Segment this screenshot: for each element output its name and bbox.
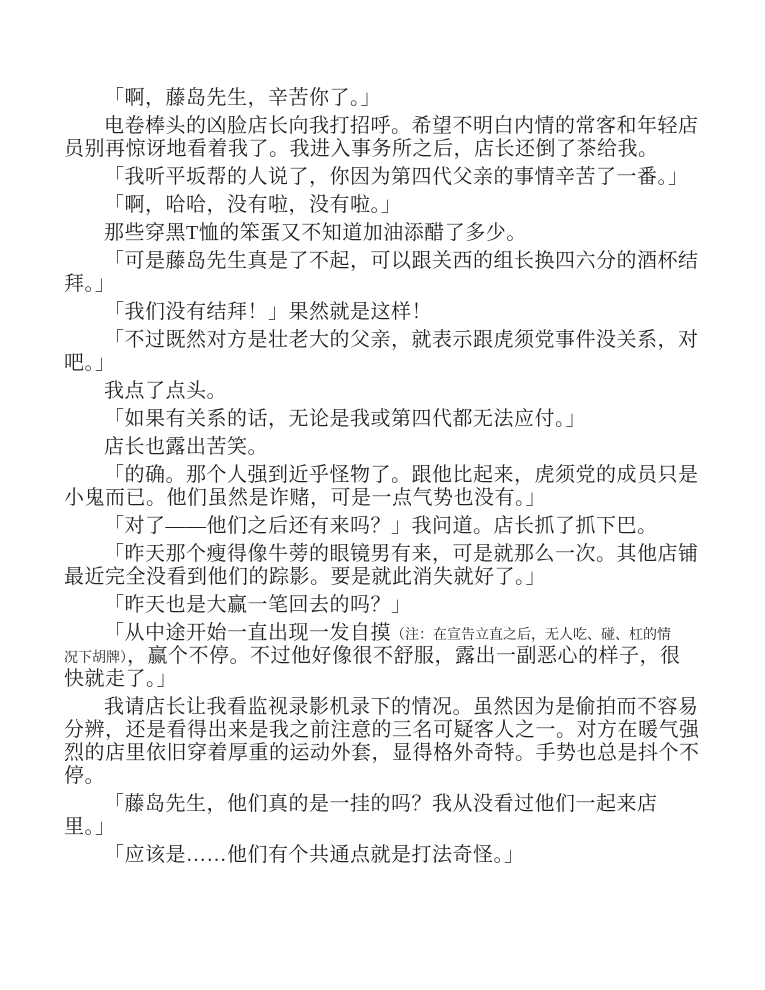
- text-line: 我请店长让我看监视录影机录下的情况。虽然因为是偷拍而不容易: [64, 696, 724, 719]
- text-segment: 电卷棒头的凶脸店长向我打招呼。希望不明白内情的常客和年轻店: [104, 115, 699, 137]
- paragraph: 「的确。那个人强到近乎怪物了。跟他比起来，虎须党的成员只是小鬼而已。他们虽然是诈…: [64, 464, 724, 510]
- text-segment: 快就走了。」: [64, 668, 177, 690]
- paragraph: 「从中途开始一直出现一发自摸（注：在宣告立直之后，无人吃、碰、杠的情况下胡牌），…: [64, 622, 724, 691]
- text-segment: 「昨天也是大赢一笔回去的吗？」: [104, 594, 412, 616]
- text-segment: 「不过既然对方是壮老大的父亲，就表示跟虎须党事件没关系，对: [104, 329, 699, 351]
- annotation-text: 况下胡牌）: [64, 651, 127, 666]
- text-line: 员别再惊讶地看着我了。我进入事务所之后，店长还倒了茶给我。: [64, 138, 724, 161]
- text-line: 「藤岛先生，他们真的是一挂的吗？我从没看过他们一起来店: [64, 793, 724, 816]
- paragraph: 「如果有关系的话，无论是我或第四代都无法应付。」: [64, 408, 724, 431]
- text-segment: 「可是藤岛先生真是了不起，可以跟关西的组长换四六分的酒杯结: [104, 250, 699, 272]
- text-segment: 我请店长让我看监视录影机录下的情况。虽然因为是偷拍而不容易: [104, 696, 699, 718]
- text-line: 停。: [64, 765, 724, 788]
- book-page: 「啊，藤岛先生，辛苦你了。」电卷棒头的凶脸店长向我打招呼。希望不明白内情的常客和…: [0, 0, 765, 990]
- text-line: 那些穿黑T恤的笨蛋又不知道加油添醋了多少。: [64, 222, 724, 245]
- text-line: 「对了——他们之后还有来吗？」我问道。店长抓了抓下巴。: [64, 515, 724, 538]
- text-segment: 那些穿黑T恤的笨蛋又不知道加油添醋了多少。: [104, 222, 527, 244]
- text-line: 「我们没有结拜！」果然就是这样！: [64, 301, 724, 324]
- text-line: 「啊，藤岛先生，辛苦你了。」: [64, 87, 724, 110]
- paragraph: 「啊，哈哈，没有啦，没有啦。」: [64, 194, 724, 217]
- annotation-text: （注：在宣告立直之后，无人吃、碰、杠的情: [391, 628, 671, 643]
- text-segment: 员别再惊讶地看着我了。我进入事务所之后，店长还倒了茶给我。: [64, 138, 659, 160]
- text-segment: 「从中途开始一直出现一发自摸: [104, 622, 391, 644]
- text-segment: 里。」: [64, 816, 116, 838]
- text-line: 店长也露出苦笑。: [64, 436, 724, 459]
- text-segment: 「昨天那个瘦得像牛蒡的眼镜男有来，可是就那么一次。其他店铺: [104, 543, 699, 565]
- text-segment: 我点了点头。: [104, 380, 227, 402]
- text-segment: 小鬼而已。他们虽然是诈赌，可是一点气势也没有。」: [64, 487, 546, 509]
- text-line: 况下胡牌），赢个不停。不过他好像很不舒服，露出一副恶心的样子，很: [64, 645, 724, 668]
- text-line: 快就走了。」: [64, 668, 724, 691]
- text-segment: ，赢个不停。不过他好像很不舒服，露出一副恶心的样子，很: [127, 645, 681, 667]
- text-line: 烈的店里依旧穿着厚重的运动外套，显得格外奇特。手势也总是抖个不: [64, 742, 724, 765]
- text-segment: 「啊，藤岛先生，辛苦你了。」: [104, 87, 381, 109]
- text-segment: 吧。」: [64, 352, 116, 374]
- text-segment: 店长也露出苦笑。: [104, 436, 268, 458]
- text-segment: 烈的店里依旧穿着厚重的运动外套，显得格外奇特。手势也总是抖个不: [64, 742, 700, 764]
- paragraph: 「我们没有结拜！」果然就是这样！: [64, 301, 724, 324]
- text-segment: 「应该是……他们有个共通点就是打法奇怪。」: [104, 844, 525, 866]
- paragraph: 电卷棒头的凶脸店长向我打招呼。希望不明白内情的常客和年轻店员别再惊讶地看着我了。…: [64, 115, 724, 161]
- text-segment: 分辨，还是看得出来是我之前注意的三名可疑客人之一。对方在暖气强: [64, 719, 700, 741]
- paragraph: 「不过既然对方是壮老大的父亲，就表示跟虎须党事件没关系，对吧。」: [64, 329, 724, 375]
- paragraph: 「昨天那个瘦得像牛蒡的眼镜男有来，可是就那么一次。其他店铺最近完全没看到他们的踪…: [64, 543, 724, 589]
- text-segment: 「如果有关系的话，无论是我或第四代都无法应付。」: [104, 408, 586, 430]
- text-line: 「昨天那个瘦得像牛蒡的眼镜男有来，可是就那么一次。其他店铺: [64, 543, 724, 566]
- text-line: 「啊，哈哈，没有啦，没有啦。」: [64, 194, 724, 217]
- paragraph: 「藤岛先生，他们真的是一挂的吗？我从没看过他们一起来店里。」: [64, 793, 724, 839]
- paragraph: 那些穿黑T恤的笨蛋又不知道加油添醋了多少。: [64, 222, 724, 245]
- text-line: 分辨，还是看得出来是我之前注意的三名可疑客人之一。对方在暖气强: [64, 719, 724, 742]
- text-segment: 「啊，哈哈，没有啦，没有啦。」: [104, 194, 402, 216]
- paragraph: 「应该是……他们有个共通点就是打法奇怪。」: [64, 844, 724, 867]
- text-line: 吧。」: [64, 352, 724, 375]
- text-segment: 停。: [64, 765, 105, 787]
- text-segment: 「藤岛先生，他们真的是一挂的吗？我从没看过他们一起来店: [104, 793, 658, 815]
- text-segment: 「我们没有结拜！」果然就是这样！: [104, 301, 432, 323]
- novel-page-text: 「啊，藤岛先生，辛苦你了。」电卷棒头的凶脸店长向我打招呼。希望不明白内情的常客和…: [64, 87, 724, 872]
- paragraph: 「对了——他们之后还有来吗？」我问道。店长抓了抓下巴。: [64, 515, 724, 538]
- paragraph: 「我听平坂帮的人说了，你因为第四代父亲的事情辛苦了一番。」: [64, 166, 724, 189]
- paragraph: 「啊，藤岛先生，辛苦你了。」: [64, 87, 724, 110]
- text-line: 「可是藤岛先生真是了不起，可以跟关西的组长换四六分的酒杯结: [64, 250, 724, 273]
- text-line: 「我听平坂帮的人说了，你因为第四代父亲的事情辛苦了一番。」: [64, 166, 724, 189]
- text-line: 拜。」: [64, 273, 724, 296]
- paragraph: 我点了点头。: [64, 380, 724, 403]
- text-line: 「如果有关系的话，无论是我或第四代都无法应付。」: [64, 408, 724, 431]
- text-line: 「从中途开始一直出现一发自摸（注：在宣告立直之后，无人吃、碰、杠的情: [64, 622, 724, 645]
- paragraph: 店长也露出苦笑。: [64, 436, 724, 459]
- text-line: 「应该是……他们有个共通点就是打法奇怪。」: [64, 844, 724, 867]
- text-segment: 「我听平坂帮的人说了，你因为第四代父亲的事情辛苦了一番。」: [104, 166, 689, 188]
- text-segment: 拜。」: [64, 273, 116, 295]
- text-segment: 「的确。那个人强到近乎怪物了。跟他比起来，虎须党的成员只是: [104, 464, 699, 486]
- paragraph: 「可是藤岛先生真是了不起，可以跟关西的组长换四六分的酒杯结拜。」: [64, 250, 724, 296]
- paragraph: 我请店长让我看监视录影机录下的情况。虽然因为是偷拍而不容易分辨，还是看得出来是我…: [64, 696, 724, 788]
- text-line: 「昨天也是大赢一笔回去的吗？」: [64, 594, 724, 617]
- paragraph: 「昨天也是大赢一笔回去的吗？」: [64, 594, 724, 617]
- text-line: 里。」: [64, 816, 724, 839]
- text-segment: 最近完全没看到他们的踪影。要是就此消失就好了。」: [64, 566, 546, 588]
- text-line: 我点了点头。: [64, 380, 724, 403]
- text-line: 电卷棒头的凶脸店长向我打招呼。希望不明白内情的常客和年轻店: [64, 115, 724, 138]
- text-line: 「的确。那个人强到近乎怪物了。跟他比起来，虎须党的成员只是: [64, 464, 724, 487]
- text-line: 「不过既然对方是壮老大的父亲，就表示跟虎须党事件没关系，对: [64, 329, 724, 352]
- text-line: 小鬼而已。他们虽然是诈赌，可是一点气势也没有。」: [64, 487, 724, 510]
- text-segment: 「对了——他们之后还有来吗？」我问道。店长抓了抓下巴。: [104, 515, 658, 537]
- text-line: 最近完全没看到他们的踪影。要是就此消失就好了。」: [64, 566, 724, 589]
